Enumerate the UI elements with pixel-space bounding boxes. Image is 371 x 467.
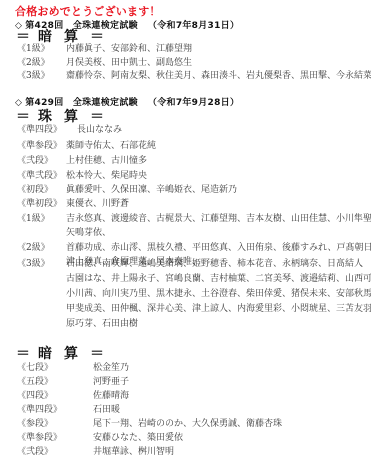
names-list: 尾下一翔、岩崎ののか、大久保勇誠、衛藤杏珠 xyxy=(93,418,282,431)
exam-429-anzan-title: ＝暗算＝ xyxy=(16,343,104,363)
names-list: 月俣美桜、田中凱士、副島悠生 xyxy=(66,57,192,70)
names-list: 石田暖 xyxy=(93,404,120,417)
grade-label: 《弐段》 xyxy=(17,155,72,168)
results-document: 合格おめでとうございます！ ◇第428回 全珠連検定試験（令和7年8月31日） … xyxy=(0,0,371,467)
names-list: 吉永悠真、渡邊綾音、古梶景大、江藤望翔、吉本友樹、山田佳慧、小川隼聖 xyxy=(66,213,371,226)
names-list: 長山ななみ xyxy=(77,124,122,137)
names-list: 内藤眞子、安部鈴和、江藤望翔 xyxy=(66,43,192,56)
grade-label: 《準参段》 xyxy=(17,432,72,445)
names-list: 薬師寺佑太、石部花純 xyxy=(66,140,156,153)
grade-label: 《1級》 xyxy=(17,43,72,56)
names-list-continued: 古園はな、井上陽永子、宮嶋良蘭、吉村柚葉、二宮美琴、渡邉結莉、山西可恋 xyxy=(66,273,371,286)
exam-428-date: （令和7年8月31日） xyxy=(148,21,239,31)
names-list: 東優衣、川野蒼 xyxy=(66,198,129,211)
names-list: 齋藤怜奈、阿南友梨、秋住美月、森田湊斗、岩丸優梨香、黒田撃、今永結菜 xyxy=(66,70,371,83)
names-list-continued: 矢鳴芽依、 xyxy=(66,227,111,240)
grade-label: 《1級》 xyxy=(17,213,72,226)
grade-label: 《五段》 xyxy=(17,376,72,389)
names-list: 河野亜子 xyxy=(93,376,129,389)
names-list: 石田徳、南咲輝、遠嶋美緒璃、姫野穂香、柿本花音、永柄璃奈、日髙結人 xyxy=(66,258,363,271)
names-list-continued: 原巧芽、石田由樹 xyxy=(66,318,138,331)
congratulations-banner: 合格おめでとうございます！ xyxy=(15,3,161,19)
grade-label: 《四段》 xyxy=(17,390,72,403)
grade-label: 《弐段》 xyxy=(17,446,72,459)
exam-429-soroban-title: ＝珠算＝ xyxy=(16,106,104,126)
grade-label: 《参段》 xyxy=(17,418,72,431)
grade-label: 《七段》 xyxy=(17,362,72,375)
names-list-continued: 小川茜、向川実乃里、黒木捷永、土谷澄春、柴田倖愛、猪俣未来、安部秋馬 xyxy=(66,288,371,301)
grade-label: 《初段》 xyxy=(17,184,72,197)
grade-label: 《2級》 xyxy=(17,242,72,255)
names-list: 松本怜大、柴尾時央 xyxy=(66,170,147,183)
names-list: 井堀華詠、桝川智明 xyxy=(93,446,174,459)
names-list-continued: 甲斐成美、田仲楓、深井心美、津上諒人、内海愛里彩、小悶琥星、三苫友羽果 xyxy=(66,303,371,316)
exam-429-date: （令和7年9月28日） xyxy=(148,98,239,108)
names-list: 佐藤晴海 xyxy=(93,390,129,403)
grade-label: 《2級》 xyxy=(17,57,72,70)
grade-label: 《3級》 xyxy=(17,258,72,271)
grade-label: 《準四段》 xyxy=(17,404,72,417)
names-list: 松金笙乃 xyxy=(93,362,129,375)
names-list: 眞藤愛叶、久保田凜、辛嶋姫衣、尾造新乃 xyxy=(66,184,237,197)
names-list: 上村佳穂、古川憧多 xyxy=(66,155,147,168)
names-list: 安藤ひなた、築田愛依 xyxy=(93,432,183,445)
names-list: 首藤功成、赤山澪、黒枝久禮、平田悠真、入田侑泉、後藤すみれ、戸髙朝日 xyxy=(66,242,371,255)
grade-label: 《準弐段》 xyxy=(17,170,72,183)
grade-label: 《準四段》 xyxy=(17,124,72,137)
grade-label: 《準参段》 xyxy=(17,140,72,153)
grade-label: 《準初段》 xyxy=(17,198,72,211)
grade-label: 《3級》 xyxy=(17,70,72,83)
